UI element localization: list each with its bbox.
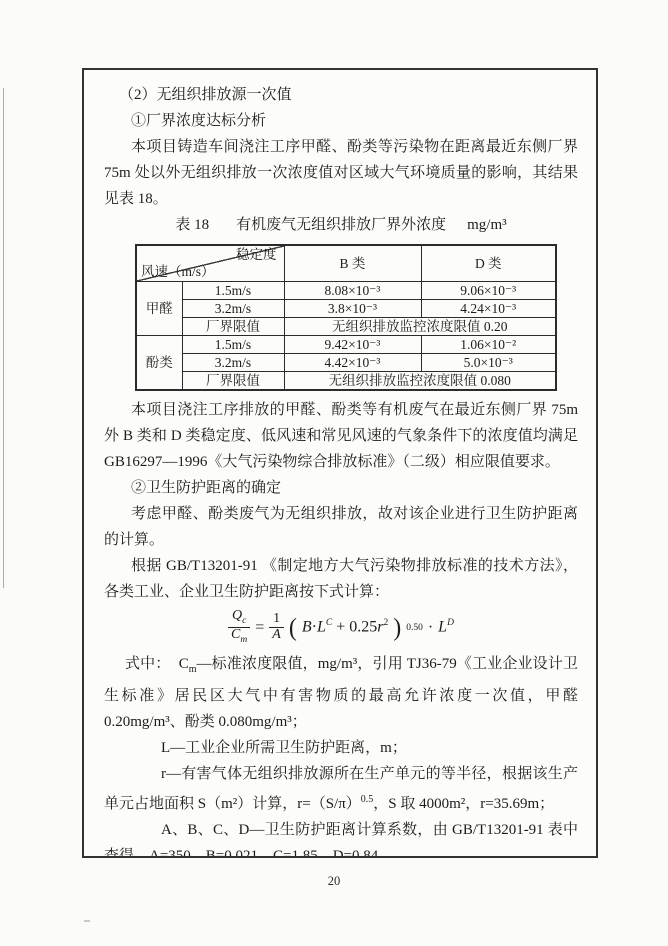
formula-one-over-a: 1 A xyxy=(269,612,284,642)
definition-l: L—工业企业所需卫生防护距离，m； xyxy=(104,735,578,761)
cell-value-d: 5.0×10⁻³ xyxy=(421,353,556,371)
header-class-d: D 类 xyxy=(421,245,556,281)
definition-r: r—有害气体无组织排放源所在生产单元的等半径，根据该生产单元占地面积 S（m²）… xyxy=(104,761,578,817)
paragraph-result: 本项目浇注工序排放的甲醛、酚类等有机废气在最近东侧厂界 75m 外 B 类和 D… xyxy=(104,397,578,475)
table-row: 酚类 1.5m/s 9.42×10⁻³ 1.06×10⁻² xyxy=(136,335,556,353)
table-caption-unit: mg/m³ xyxy=(467,217,507,233)
cell-speed: 3.2m/s xyxy=(182,299,284,317)
concentration-table: 稳定度 风速（m/s） B 类 D 类 甲醛 1.5m/s 8.08×10⁻³ … xyxy=(135,244,557,391)
table-caption: 表 18有机废气无组织排放厂界外浓度mg/m³ xyxy=(104,212,578,238)
cm-symbol: C xyxy=(179,656,189,672)
table-caption-title: 有机废气无组织排放厂界外浓度 xyxy=(236,217,446,233)
table-row: 3.2m/s 3.8×10⁻³ 4.24×10⁻³ xyxy=(136,299,556,317)
table-caption-label: 表 18 xyxy=(175,217,209,233)
paragraph-consider: 考虑甲醛、酚类废气为无组织排放，故对该企业进行卫生防护距离的计算。 xyxy=(104,501,578,553)
page-number: 20 xyxy=(0,874,668,889)
section-heading-2: （2）无组织排放源一次值 xyxy=(104,82,578,108)
diagonal-header-cell: 稳定度 风速（m/s） xyxy=(136,245,284,281)
protection-distance-formula: Qc Cm = 1 A ( B·LC + 0.25r2 )0.50 · LD xyxy=(104,608,578,648)
subsection-heading-1: ①厂界浓度达标分析 xyxy=(104,108,578,134)
paragraph-intro: 本项目铸造车间浇注工序甲醛、酚类等污染物在距离最近东侧厂界 75m 处以外无组织… xyxy=(104,134,578,212)
cell-limit-value: 无组织排放监控浓度限值 0.20 xyxy=(284,317,556,335)
subsection-heading-2: ②卫生防护距离的确定 xyxy=(104,475,578,501)
pollutant-group-formaldehyde: 甲醛 xyxy=(136,281,182,335)
scan-artifact-line xyxy=(3,88,4,588)
table-row: 厂界限值 无组织排放监控浓度限值 0.080 xyxy=(136,371,556,390)
cell-speed: 1.5m/s xyxy=(182,335,284,353)
cell-value-b: 9.42×10⁻³ xyxy=(284,335,421,353)
definition-abcd: A、B、C、D—卫生防护距离计算系数，由 GB/T13201-91 表中查得，A… xyxy=(104,817,578,859)
formula-ld-term: LD xyxy=(438,618,454,636)
table-row: 厂界限值 无组织排放监控浓度限值 0.20 xyxy=(136,317,556,335)
pollutant-group-phenols: 酚类 xyxy=(136,335,182,390)
formula-lhs-fraction: Qc Cm xyxy=(228,609,250,646)
header-windspeed-label: 风速（m/s） xyxy=(141,264,215,280)
cell-value-d: 1.06×10⁻² xyxy=(421,335,556,353)
where-lead: 式中： xyxy=(125,656,170,672)
formula-qc: Qc xyxy=(229,609,249,627)
where-clause-cm: 式中：Cm—标准浓度限值，mg/m³，引用 TJ36-79《工业企业设计卫生标准… xyxy=(104,651,578,735)
table-header-row: 稳定度 风速（m/s） B 类 D 类 xyxy=(136,245,556,281)
cell-value-d: 9.06×10⁻³ xyxy=(421,281,556,299)
formula-cm: Cm xyxy=(228,627,250,646)
formula-outer-exponent: 0.50 xyxy=(406,623,423,633)
table-row: 3.2m/s 4.42×10⁻³ 5.0×10⁻³ xyxy=(136,353,556,371)
paragraph-basis: 根据 GB/T13201-91 《制定地方大气污染物排放标准的技术方法》，各类工… xyxy=(104,553,578,605)
formula-close-paren: ) xyxy=(393,615,401,640)
cell-value-b: 8.08×10⁻³ xyxy=(284,281,421,299)
formula-open-paren: ( xyxy=(289,615,297,640)
cell-speed: 1.5m/s xyxy=(182,281,284,299)
formula-multiply-dot: · xyxy=(428,619,433,637)
cell-value-b: 4.42×10⁻³ xyxy=(284,353,421,371)
header-class-b: B 类 xyxy=(284,245,421,281)
cell-limit-label: 厂界限值 xyxy=(182,371,284,390)
document-page-frame: （2）无组织排放源一次值 ①厂界浓度达标分析 本项目铸造车间浇注工序甲醛、酚类等… xyxy=(82,68,598,858)
cell-limit-value: 无组织排放监控浓度限值 0.080 xyxy=(284,371,556,390)
cell-speed: 3.2m/s xyxy=(182,353,284,371)
table-row: 甲醛 1.5m/s 8.08×10⁻³ 9.06×10⁻³ xyxy=(136,281,556,299)
cm-definition: —标准浓度限值，mg/m³，引用 TJ36-79《工业企业设计卫生标准》居民区大… xyxy=(104,656,578,730)
cell-limit-label: 厂界限值 xyxy=(182,317,284,335)
cell-value-b: 3.8×10⁻³ xyxy=(284,299,421,317)
formula-inner-expression: B·LC + 0.25r2 xyxy=(302,618,388,636)
header-stability-label: 稳定度 xyxy=(236,247,277,263)
scan-artifact-speck xyxy=(84,920,90,922)
formula-equals: = xyxy=(255,619,264,637)
cell-value-d: 4.24×10⁻³ xyxy=(421,299,556,317)
